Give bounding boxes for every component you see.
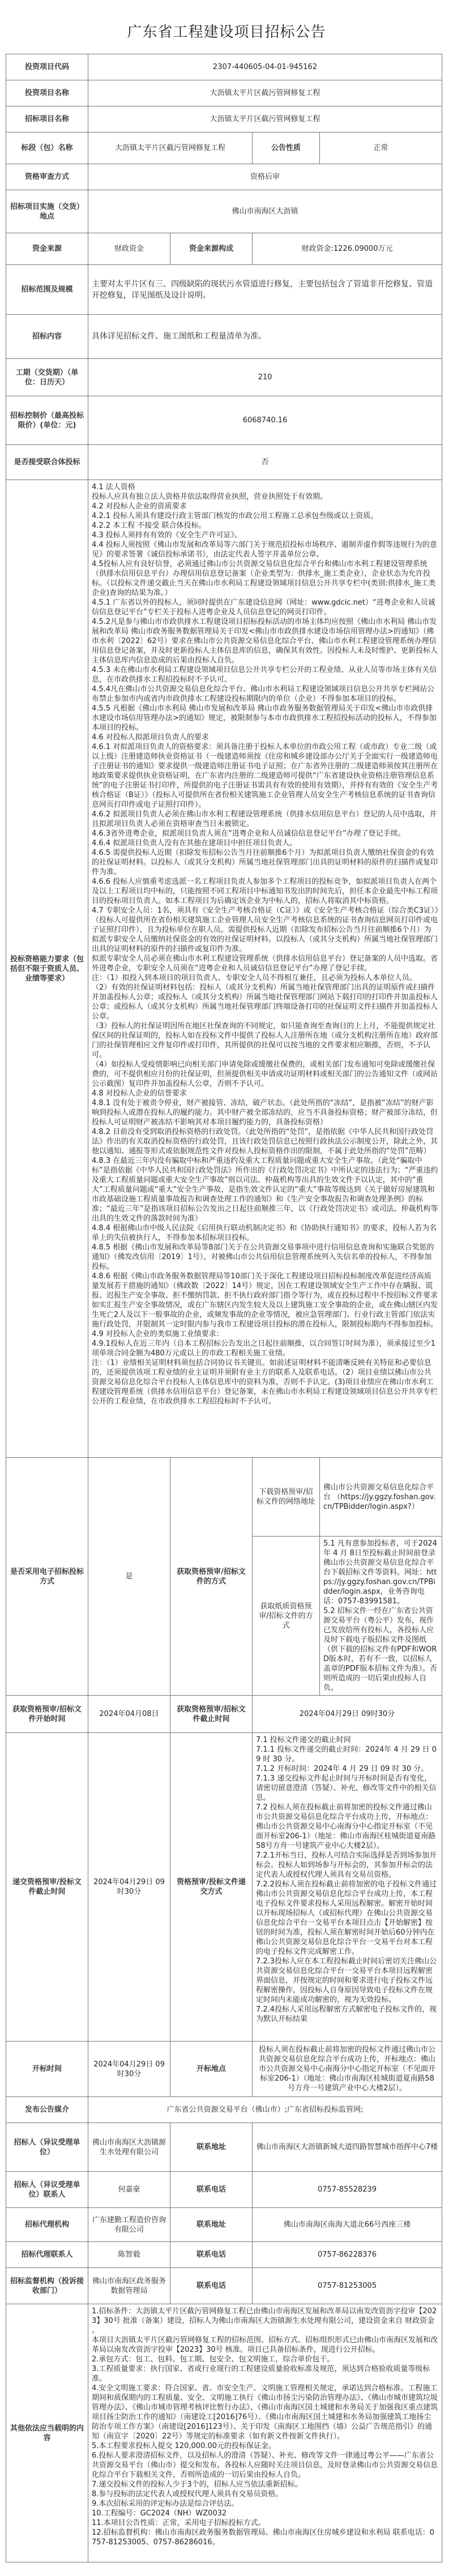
other-line: 1.招标条件：大沥镇太平片区截污管网修复工程已由佛山市南海区发展和改革局以南发改…: [92, 2307, 438, 2335]
label-supervisor: 招标监督机构（投诉接收部门）: [6, 2268, 88, 2304]
label-notice-nature: 公告性质: [253, 132, 320, 164]
req-line: 4.6 对投标人拟派项目负责人的要求: [92, 733, 438, 742]
req-line: 4.6.4 拟派项目负责人没有在其他在建项目中担任项目负责人。: [92, 838, 438, 848]
value-content: 具体详见招标文件、施工图纸和工程量清单为准。: [88, 315, 442, 359]
label-location: 招标项目实施（交货）地点: [6, 190, 88, 233]
label-electronic: 是否采用电子招标投标方式: [6, 1458, 88, 1696]
value-scope: 主要对太平片区有三、四级缺陷的现状污水管道进行修复，主要包括包含了管道非开挖修复…: [88, 265, 442, 315]
value-electronic: 是: [88, 1458, 170, 1696]
row-agency-contact: 招标代理联系人 陈智毅 联系电话 0757-86228376: [6, 2242, 442, 2268]
value-agency: 广东建勤工程造价咨询有限公司: [88, 2208, 170, 2242]
label-submission-deadline: 递交资格预审/投标文件截止时间: [6, 1733, 88, 2042]
label-section-name: 标段（包）名称: [6, 132, 88, 164]
row-qualification-review: 资格审查方式 资格后审: [6, 164, 442, 190]
label-supervisor-phone: 联系电话: [170, 2268, 253, 2304]
row-electronic-url: 是否采用电子招标投标方式 是 获取资格预审/招标文件的方式 下载资格预审/招标文…: [6, 1458, 442, 1537]
req-line: 4.5.1 广东省以外的投标人，须同时提供在广东建设信息网（网址：www.gdc…: [92, 598, 438, 617]
req-line: 4.8.2 目前没有受到取消投标资格的行政处罚。（此处所指的“处罚”，是指依据《…: [92, 1127, 438, 1156]
row-project-name: 投资项目名称 大沥镇太平片区截污管网修复工程: [6, 80, 442, 106]
label-tenderer: 招标人（异议受理单位）: [6, 2123, 88, 2172]
value-agency-phone: 0757-86228376: [253, 2242, 442, 2268]
row-supervisor: 招标监督机构（投诉接收部门） 佛山市南海区政务服务数据管理局 联系电话 0757…: [6, 2268, 442, 2304]
submission-line: 7.2 投标人须在投标截止前将加密的投标文件通过佛山市公共资源交易信息化综合平台…: [256, 1803, 438, 1851]
req-line: 4.7 专职安全人员：1名，须具有《安全生产考核合格证（C证）》或《安全生产考核…: [92, 906, 438, 954]
value-qualification-review: 资格后审: [88, 164, 442, 190]
value-download-url[interactable]: 佛山市公共资源交易信息化综合平台 （https://jy.ggzy.foshan…: [320, 1458, 442, 1537]
other-line: 10.工程编号：GC2024（NH）WZ0032: [92, 2509, 438, 2518]
label-doc-end: 获取资格预审/招标文件截止时间: [170, 1696, 253, 1733]
req-line: 4.5.4凡在佛山市公共资源交易信息化综合平台、佛山市水利局工程建设领域项目信息…: [92, 684, 438, 704]
paper-line: 5.2 招标文件一经在广东省公共资源交易平台（粤公平）发布，视作已发放给所有投标…: [323, 1606, 438, 1693]
row-agency: 招标代理机构 广东建勤工程造价咨询有限公司 联系地址 佛山市南海区南海大道北66…: [6, 2208, 442, 2242]
label-agency-contact: 招标代理联系人: [6, 2242, 88, 2268]
req-line: 4.1 法人资格: [92, 482, 438, 492]
label-media: 发布公告媒介: [6, 2097, 88, 2123]
other-line: 4.安全文明施工要求：符合国家、省、市安全生产、文明施工管理相关规定，承诺达到合…: [92, 2384, 438, 2441]
label-opening-time: 开标时间: [6, 2042, 88, 2097]
req-line: 4.2.1 投标人须具有建设行政主管部门核发的市政公用工程施工总承包叁级或以上资…: [92, 511, 438, 521]
label-content: 招标内容: [6, 315, 88, 359]
row-duration: 工期（交货期）（单位：日历天） 210: [6, 359, 442, 396]
value-tender-project-name: 大沥镇太平片区截污管网修复工程: [88, 106, 442, 132]
req-line: 4.6.5 需提供投标人近期（扣除发布招标公告当月往前顺推6个月）为拟派项目负责…: [92, 848, 438, 877]
req-line: （2）有效的社保证明材料包括：投标人（或其分支机构）所属当地社保管理部门出具的证…: [92, 983, 438, 1021]
row-funding: 资金来源 财政资金 资金来源构成 财政资金:1226.09000万元: [6, 233, 442, 265]
value-doc-start: 2024年04月08日: [88, 1696, 170, 1733]
label-duration: 工期（交货期）（单位：日历天）: [6, 359, 88, 396]
other-line: 2.承包方式：包工、包料、包工期、包安全、包文明施工，综合单价包干。: [92, 2355, 438, 2364]
label-agency-phone: 联系电话: [170, 2242, 253, 2268]
row-tender-project-name: 招标项目名称 大沥镇太平片区截污管网修复工程: [6, 106, 442, 132]
req-line: 投标人应具有独立法人资格并依法取得营业执照，营业执照处于有效期。: [92, 492, 438, 502]
req-line: 4.5投标人应有良好信誉，必须通过佛山市公共资源交易信息化综合平台和佛山市水利工…: [92, 559, 438, 598]
submission-line: 7.2.4投标人采用远程解密方式解密电子投标文件的，视为默认开标结果: [256, 2005, 438, 2024]
value-project-name: 大沥镇太平片区截污管网修复工程: [88, 80, 442, 106]
label-scope: 招标范围及规模: [6, 265, 88, 315]
submission-line: 7.1.1 投标文件递交的截止时间：2024年 4 月 29 日 09 时 30…: [256, 1745, 438, 1764]
other-line: 本项目大沥镇太平片区截污管网修复工程的招标范围、招标方式、招标组织形式已由佛山市…: [92, 2335, 438, 2355]
label-project-code: 投资项目代码: [6, 54, 88, 80]
value-supervisor: 佛山市南海区政务服务数据管理局: [88, 2268, 170, 2304]
row-tenderer: 招标人（异议受理单位） 佛山市南海区大沥镇源生水处理有限公司 联系地址 佛山市南…: [6, 2123, 442, 2172]
row-opening: 开标时间 2024年04月29日 09时30分 开标地点 投标人须在投标截止前将…: [6, 2042, 442, 2097]
req-line: 4.6.3省外进粤企业，拟派项目负责人须在“进粤企业和人员诚信信息登记平台”办理…: [92, 829, 438, 838]
req-line: 4.5.5 凡根据《佛山市水利局 佛山市发展和改革局 佛山市政务服务数据管理局关…: [92, 704, 438, 733]
value-agency-address: 佛山市南海区南海大道北66号西座三楼: [253, 2208, 442, 2242]
row-location: 招标项目实施（交货）地点 佛山市南海区大沥镇: [6, 190, 442, 233]
req-line: 4.8 对投标人企业的信誉要求: [92, 1089, 438, 1098]
row-consortium: 是否接受联合体投标 否: [6, 445, 442, 480]
value-tenderer-address: 佛山市南海区大沥镇新城大道四路智慧城市指挥中心7楼: [253, 2123, 442, 2172]
row-requirements: 投标资格能力要求（包括但不限于资质人员、业绩等要求） 4.1 法人资格 投标人应…: [6, 480, 442, 1458]
label-agency-address: 联系地址: [170, 2208, 253, 2242]
value-opening-time: 2024年04月29日 09时30分: [88, 2042, 170, 2097]
value-location: 佛山市南海区大沥镇: [88, 190, 442, 233]
req-line: 4.8.1 没有处于被责令停业，财产被接管、冻结，破产状态。（此处所指的“冻结”…: [92, 1098, 438, 1127]
value-opening-place: 投标人须在投标截止前将加密的投标文件通过佛山市公共资源交易信息化综合平台成功上传…: [253, 2042, 442, 2097]
req-line: 4.6.6 投标人应慎重考虑选派一名工程项目负责人参加多个工程项目的投标竞争，如…: [92, 877, 438, 906]
label-funding-composition: 资金来源构成: [170, 233, 253, 265]
value-duration: 210: [88, 359, 442, 396]
submission-line: 7.2.3投标人应在本工程投标截止时间后密切关注佛山公共资源交易信息化综合平台一…: [256, 1957, 438, 2005]
value-submission-deadline: 2024年04月29日 09时30分: [88, 1733, 170, 2042]
paper-line: 5.1 凡有意参加投标者，可于2024年 4 月 8日至投标截止时间前登录佛山市…: [323, 1539, 438, 1606]
req-line: 4.6.2 拟派项目负责人必须在佛山市水利工程建设管理系统（供排水信用信息平台）…: [92, 810, 438, 829]
label-control-price: 招标控制价（最高投标限价）(单位：元): [6, 396, 88, 445]
label-qualification-review: 资格审查方式: [6, 164, 88, 190]
value-agency-contact: 陈智毅: [88, 2242, 170, 2268]
label-tender-project-name: 招标项目名称: [6, 106, 88, 132]
req-line: 4.2 对投标人企业的资质要求: [92, 502, 438, 511]
req-line: 4.9.1投标人在近三年内（自本工程招标公告发出之日起往前顺推，以合同签订时间为…: [92, 1339, 438, 1358]
row-project-code: 投资项目代码 2307-440605-04-01-945162: [6, 54, 442, 80]
label-other: 其他依法应当载明的内容: [6, 2304, 88, 2562]
req-line: 4.6.1 对拟派项目负责人的资格要求：须具备注册于投标人本单位的市政公用工程（…: [92, 742, 438, 810]
label-submission-method: 资格预审/投标文件递交方式: [170, 1733, 253, 2042]
value-section-name: 大沥镇太平片区截污管网修复工程: [88, 132, 253, 164]
other-line: 8.参与投标的法定代表人或授权代理人须具有交易员资格。: [92, 2489, 438, 2499]
other-line: 3.工程质量要求：执行国家、省或行业现行的工程建设质量验收标准及规范，须达到合格…: [92, 2364, 438, 2384]
req-line: 4.8.4 根据佛山市中级人民法院《启用执行联动机制决定书》和《协助执行通知书》…: [92, 1223, 438, 1243]
row-content: 招标内容 具体详见招标文件、施工图纸和工程量清单为准。: [6, 315, 442, 359]
req-line: 注：（1）业绩相关证明材料须包括合同协议书关键页。如前述证明材料不能清晰反映有关…: [92, 1358, 438, 1406]
req-line: （4）如投标人受疫情影响已向相关部门申请免除或缓缴社保费的，或相关部门发布通知可…: [92, 1060, 438, 1089]
value-tenderer: 佛山市南海区大沥镇源生水处理有限公司: [88, 2123, 170, 2172]
req-line: 注：（1）拟投入到本项目的项目负责人、专职安全人员不得相互兼任，且必须为投标人本…: [92, 973, 438, 983]
req-line: 4.2.2 本工程 不接受 联合体投标。: [92, 521, 438, 530]
submission-line: 7.2.2投标人须在投标截止前将加密的电子投标文件通过佛山市公共资源交易信息化综…: [256, 1880, 438, 1957]
label-funding: 资金来源: [6, 233, 88, 265]
submission-line: 7.1.3 递交投标文件起止时间与开标时间是否有变化，请密切留意澄清（答疑）、补…: [256, 1774, 438, 1803]
label-project-name: 投资项目名称: [6, 80, 88, 106]
label-consortium: 是否接受联合体投标: [6, 445, 88, 480]
value-control-price: 6068740.16: [88, 396, 442, 445]
value-consortium: 否: [88, 445, 442, 480]
value-paper-method: 5.1 凡有意参加投标者，可于2024年 4 月 8日至投标截止时间前登录佛山市…: [320, 1537, 442, 1696]
page-title: 广东省工程建设项目招标公告: [0, 0, 453, 54]
value-funding-composition: 财政资金:1226.09000万元: [253, 233, 442, 265]
row-other: 其他依法应当载明的内容 1.招标条件：大沥镇太平片区截污管网修复工程已由佛山市南…: [6, 2304, 442, 2562]
value-notice-nature: 正常: [320, 132, 442, 164]
req-line: 4.4 投标人须按照《佛山市发展和改革局等六部门关于规范招投标市场秩序、遏制弄虚…: [92, 540, 438, 559]
row-section-name: 标段（包）名称 大沥镇太平片区截污管网修复工程 公告性质 正常: [6, 132, 442, 164]
row-doc-time: 获取资格预审/招标文件开始时间 2024年04月08日 获取资格预审/招标文件截…: [6, 1696, 442, 1733]
req-line: 4.9 对投标人企业的类似施工业绩要求：: [92, 1329, 438, 1339]
req-line: 4.8.5 根据《佛山市发展和改革局等8部门关于在公共资源交易事项中进行信用信息…: [92, 1243, 438, 1272]
label-requirements: 投标资格能力要求（包括但不限于资质人员、业绩等要求）: [6, 480, 88, 1458]
label-doc-method: 获取资格预审/招标文件的方式: [170, 1458, 253, 1696]
value-supervisor-phone: 0757-81253005: [253, 2268, 442, 2304]
label-tenderer-address: 联系地址: [170, 2123, 253, 2172]
other-line: 5.本工程要求投标人提交 120,000.00元的投标保证金。: [92, 2441, 438, 2451]
value-funding: 财政资金: [88, 233, 170, 265]
value-doc-end: 2024年04月29日 09时30分: [253, 1696, 442, 1733]
submission-line: 7.1.2 开标时间：2024年 4 月 29 日 09 时 30 分。: [256, 1764, 438, 1774]
req-line: 4.5.2凡是参与佛山市市政供排水工程建设项目招标投标活动的市场主体均应按照《佛…: [92, 617, 438, 665]
value-project-code: 2307-440605-04-01-945162: [88, 54, 442, 80]
label-paper-method: 获取纸质资格预审/招标文件的方式: [253, 1537, 320, 1696]
req-line: （3）投标人的社保证明因所在地区社保查询的不同规定，如只能查询至查询日的上上月，…: [92, 1021, 438, 1060]
label-opening-place: 开标地点: [170, 2042, 253, 2097]
other-line: 7.递交投标文件的投标人少于3个的，招标人应当依法重新招标。: [92, 2480, 438, 2489]
req-line: 4.8.6 根据《佛山市政务服务数据管理局等10部门关于深化工程建设项目招标投标…: [92, 1272, 438, 1329]
tender-notice-table: 投资项目代码 2307-440605-04-01-945162 投资项目名称 大…: [6, 54, 442, 2562]
value-requirements: 4.1 法人资格 投标人应具有独立法人资格并依法取得营业执照，营业执照处于有效期…: [88, 480, 442, 1458]
value-tenderer-phone: 0757-85528239: [253, 2172, 442, 2208]
label-tenderer-phone: 联系电话: [170, 2172, 253, 2208]
other-line: 11.本项目公告性质：正常，采用电子招标投标方式。: [92, 2518, 438, 2528]
value-media: 广东省公共资源交易平台（佛山市）;广东省招标投标监管网;: [88, 2097, 442, 2123]
other-line: 9.本次招标采用的评定标办法是综合评估法。: [92, 2499, 438, 2509]
row-tenderer-contact: 招标人（异议受理单位）联系人 何嘉豪 联系电话 0757-85528239: [6, 2172, 442, 2208]
row-scope: 招标范围及规模 主要对太平片区有三、四级缺陷的现状污水管道进行修复，主要包括包含…: [6, 265, 442, 315]
label-tenderer-contact: 招标人（异议受理单位）联系人: [6, 2172, 88, 2208]
submission-line: 7.2.1开标当日，投标人可结合实际选择是否到场参加开标会。投标人如到场参与开标…: [256, 1851, 438, 1880]
value-tenderer-contact: 何嘉豪: [88, 2172, 170, 2208]
req-line: 拟派专职安全人员必须在佛山市水利工程建设管理系统（供排水信用信息平台）登记备案的…: [92, 954, 438, 973]
other-line: 6.投标人要求澄清招标文件，以及招标人的澄清（答疑）、补充、修改等文件一律通过粤…: [92, 2451, 438, 2480]
req-line: 4.3 投标人须持有有效的《安全生产许可证》。: [92, 530, 438, 540]
row-submission: 递交资格预审/投标文件截止时间 2024年04月29日 09时30分 资格预审/…: [6, 1733, 442, 2042]
submission-line: 7.1 投标文件递交的截止时间: [256, 1735, 438, 1745]
req-line: 4.8.3 在最近三年内没有骗取中标和严重违约及重大工程质量问题或重大安全生产事…: [92, 1156, 438, 1223]
label-download-url: 下载资格预审/招标文件的网络地址: [253, 1458, 320, 1537]
label-doc-start: 获取资格预审/招标文件开始时间: [6, 1696, 88, 1733]
row-control-price: 招标控制价（最高投标限价）(单位：元) 6068740.16: [6, 396, 442, 445]
row-media: 发布公告媒介 广东省公共资源交易平台（佛山市）;广东省招标投标监管网;: [6, 2097, 442, 2123]
other-line: 12.招标监督机构：佛山市南海区政务服务数据管理局、佛山市南海区住房城乡建设和水…: [92, 2528, 438, 2547]
label-agency: 招标代理机构: [6, 2208, 88, 2242]
req-line: 4.5.3 未在佛山市水利局工程建设领域项目信息公开共享专栏公开的工程业绩、从业…: [92, 665, 438, 684]
value-submission-method: 7.1 投标文件递交的截止时间 7.1.1 投标文件递交的截止时间：2024年 …: [253, 1733, 442, 2042]
value-other: 1.招标条件：大沥镇太平片区截污管网修复工程已由佛山市南海区发展和改革局以南发改…: [88, 2304, 442, 2562]
